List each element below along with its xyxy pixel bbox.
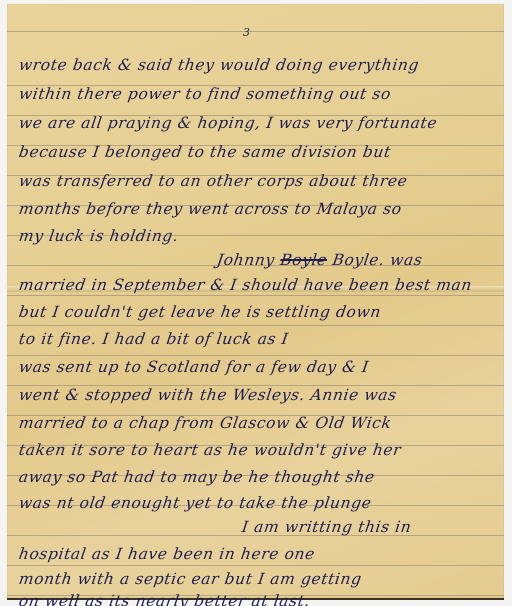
text-line: Johnny Boyle Boyle. was xyxy=(216,251,424,269)
text-line: away so Pat had to may be he thought she xyxy=(18,468,376,486)
name-johnny: Johnny xyxy=(216,251,276,269)
text-line: was nt old enought yet to take the plung… xyxy=(18,494,373,512)
crossed-out-word: Boyle xyxy=(279,251,328,269)
text-line: month with a septic ear but I am getting xyxy=(18,570,363,588)
text-line: was sent up to Scotland for a few day & … xyxy=(18,358,370,376)
text-line: married in September & I should have bee… xyxy=(18,276,474,294)
letter-page: 3 wrote back & said they would doing eve… xyxy=(7,4,504,600)
text-line: married to a chap from Glascow & Old Wic… xyxy=(18,414,393,432)
text-line: taken it sore to heart as he wouldn't gi… xyxy=(18,441,403,459)
name-boyle: Boyle. was xyxy=(331,251,423,269)
text-line: hospital as I have been in here one xyxy=(18,545,316,563)
text-line: my luck is holding. xyxy=(18,227,180,245)
text-line: was transferred to an other corps about … xyxy=(18,172,409,190)
text-line: but I couldn't get leave he is settling … xyxy=(18,303,383,321)
text-line: within there power to find something out… xyxy=(18,85,392,103)
text-line: because I belonged to the same division … xyxy=(18,143,392,161)
text-line: to it fine. I had a bit of luck as I xyxy=(18,330,290,348)
text-line: wrote back & said they would doing every… xyxy=(18,56,421,74)
text-line: months before they went across to Malaya… xyxy=(18,200,403,218)
text-line: we are all praying & hoping, I was very … xyxy=(18,114,439,132)
page-number: 3 xyxy=(243,26,250,39)
text-line: I am writting this in xyxy=(241,518,413,536)
text-line: on well as its nearly better at last. xyxy=(18,592,312,606)
text-line: went & stopped with the Wesleys. Annie w… xyxy=(18,386,398,404)
